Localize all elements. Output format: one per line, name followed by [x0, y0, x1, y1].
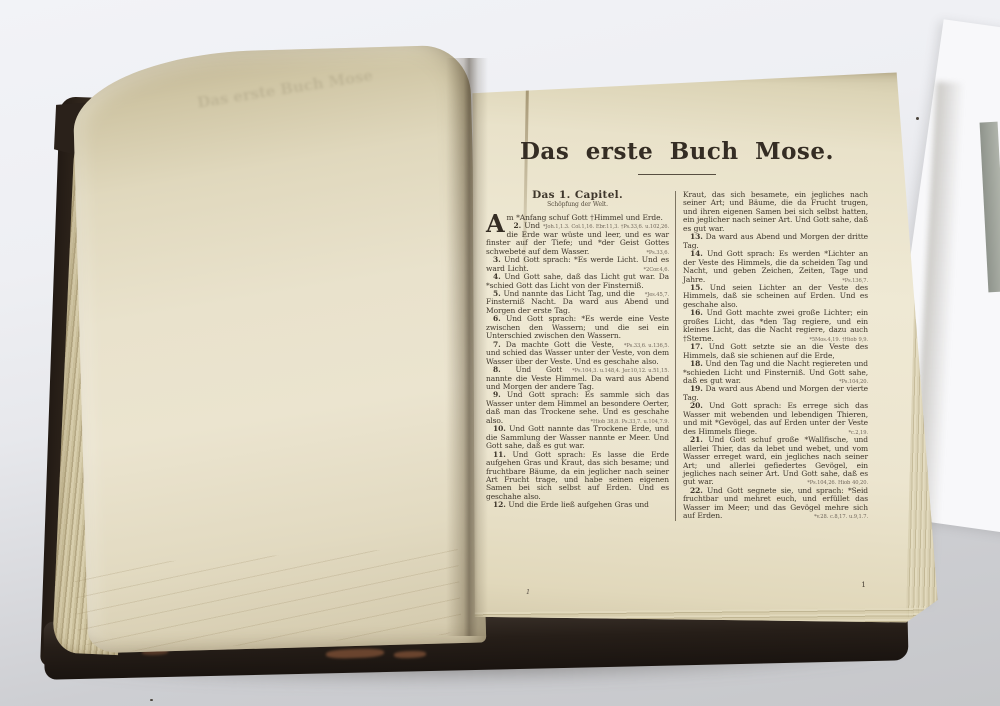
verse-paragraph: 16. Und Gott machte zwei große Lichter; …	[683, 309, 868, 343]
gutter-shadow	[446, 58, 488, 636]
cross-reference: *Ps.33,6. u.136,5.	[617, 343, 669, 349]
photo-of-open-book: Das erste Buch Mose Das erste Buch Mose.…	[0, 0, 1000, 706]
verse-paragraph: 21. Und Gott schuf große *Wallfische, un…	[683, 436, 868, 487]
verse-paragraph: 10. Und Gott nannte das Trockene Erde, u…	[486, 425, 669, 450]
text-columns: Das 1. Capitel. Schöpfung der Welt. A m …	[486, 191, 868, 521]
verse-paragraph: 19. Da ward aus Abend und Morgen der vie…	[683, 385, 868, 402]
verse-text: Da ward aus Abend und Morgen der vierte …	[683, 384, 868, 401]
verse-text: Und Gott nannte das Trockene Erde, und d…	[486, 424, 669, 450]
verse-paragraph: 12. Und die Erde ließ aufgehen Gras und	[486, 501, 669, 509]
cross-reference: *v.28. c.8,17. u.9,1.7.	[807, 514, 868, 520]
verse-paragraph: 17. Und Gott setzte sie an die Veste des…	[683, 343, 868, 360]
verse-text: Und seien Lichter an der Veste des Himme…	[683, 283, 868, 309]
verse-text: Und Gott sahe, daß das Licht gut war. Da…	[486, 272, 669, 289]
cross-reference: *Ps.33,6.	[639, 250, 669, 256]
right-printed-page: Das erste Buch Mose. Das 1. Capitel. Sch…	[458, 68, 940, 628]
cross-reference: *Ps.104,20.	[832, 379, 868, 385]
verse-paragraph: Kraut, das sich besamete, ein jegliches …	[683, 191, 868, 233]
cross-reference: *2Cor.4,6.	[637, 267, 669, 273]
printed-text-area: Das erste Buch Mose. Das 1. Capitel. Sch…	[486, 138, 868, 521]
cross-reference: *Joh.1,1.3. Col.1,16. Ebr.11,3. †Ps.33,6…	[543, 224, 669, 230]
chapter-subtitle: Schöpfung der Welt.	[486, 201, 669, 209]
verse-paragraph: 6. Und Gott sprach: *Es werde eine Veste…	[486, 315, 669, 340]
book-title: Das erste Buch Mose.	[486, 138, 868, 165]
cross-reference: *Hiob 38,8. Ps.33,7. u.104,7.9.	[584, 419, 669, 425]
cross-reference: *c.2,19.	[841, 430, 868, 436]
verse-text: Und die Erde ließ aufgehen Gras und	[508, 500, 649, 509]
text-column-right: Kraut, das sich besamete, ein jegliches …	[675, 191, 868, 521]
verse-text: Und Gott sprach: Es lasse die Erde aufge…	[486, 450, 669, 501]
verse-text: Und Gott sprach: Es errege sich das Wass…	[683, 401, 868, 435]
page-number: 1	[861, 580, 866, 589]
verse-text: Und Gott sprach: *Es werde eine Veste zw…	[486, 314, 669, 340]
verse-paragraph: 13. Da ward aus Abend und Morgen der dri…	[683, 233, 868, 250]
verse-paragraph: 18. Und den Tag und die Nacht regiereten…	[683, 360, 868, 385]
cross-reference: *Ps.104,26. Hiob 40,20.	[800, 480, 868, 486]
verse-paragraph: 15. Und seien Lichter an der Veste des H…	[683, 284, 868, 309]
verse-text: Da ward aus Abend und Morgen der dritte …	[683, 232, 868, 249]
paper-speck	[916, 117, 919, 120]
verse-text: Und Gott schuf große *Wallfische, und al…	[683, 435, 868, 486]
cross-reference: *Jes.45,7.	[638, 292, 669, 298]
verse-paragraph: 11. Und Gott sprach: Es lasse die Erde a…	[486, 451, 669, 502]
drop-cap: A	[486, 215, 505, 233]
text-column-left: Das 1. Capitel. Schöpfung der Welt. A m …	[486, 191, 675, 521]
cross-reference: *Ps.104,3. u.148,4. Jer.10,12. u.51,15.	[565, 368, 669, 374]
chapter-heading: Das 1. Capitel.	[486, 191, 669, 199]
table-speck	[150, 699, 153, 701]
verse-paragraph: 3. Und Gott sprach: *Es werde Licht. Und…	[486, 256, 669, 273]
verse-number: 12.	[493, 500, 506, 509]
verse-text: Und Gott setzte sie an die Veste des Him…	[683, 342, 868, 359]
signature-mark: 1	[526, 588, 530, 596]
verse-paragraph: 14. Und Gott sprach: Es werden *Lichter …	[683, 250, 868, 284]
verse-paragraph: 22. Und Gott segnete sie, und sprach: *S…	[683, 487, 868, 521]
verse-paragraph: 20. Und Gott sprach: Es errege sich das …	[683, 402, 868, 436]
cross-reference: *Ps.136,7.	[835, 278, 868, 284]
title-rule	[638, 174, 716, 175]
cross-reference: *5Mos.4,19. †Hiob 9,9.	[802, 337, 868, 343]
verse-text: Kraut, das sich besamete, ein jegliches …	[683, 190, 868, 233]
verse-paragraph: 9. Und Gott sprach: Es sammle sich das W…	[486, 391, 669, 425]
verse-paragraph: 4. Und Gott sahe, daß das Licht gut war.…	[486, 273, 669, 290]
